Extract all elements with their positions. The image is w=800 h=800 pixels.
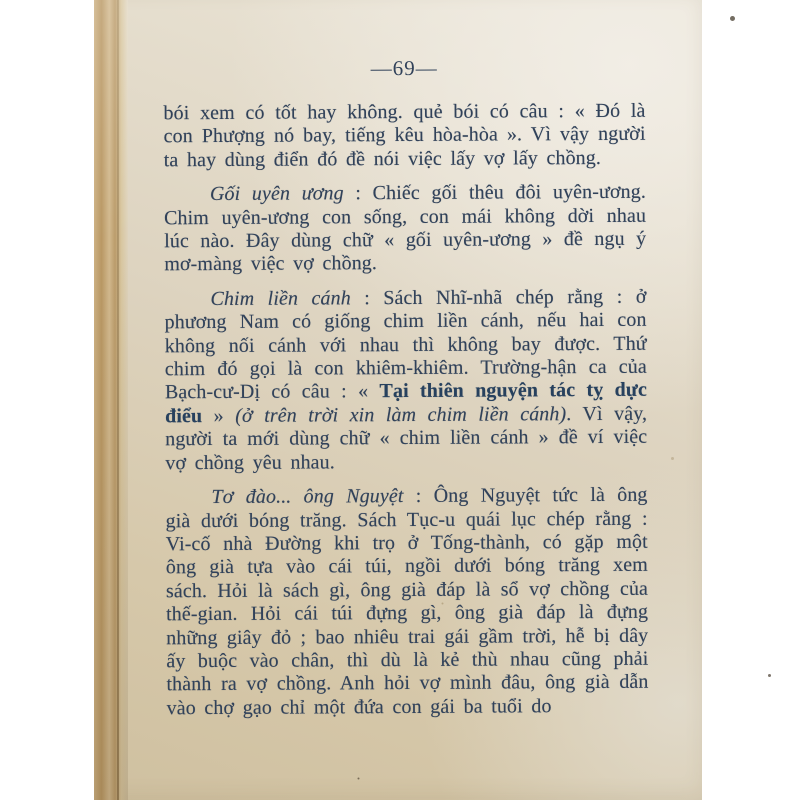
text-segment: » (202, 405, 235, 427)
text-segment: : Ông Nguyệt tức là ông già dưới bóng tr… (166, 484, 649, 719)
text-segment: Tơ đào... ông Nguyệt (211, 485, 403, 508)
paragraph: Gối uyên ương : Chiếc gối thêu đôi uyên-… (164, 181, 646, 277)
page-text: bói xem có tốt hay không. quẻ bói có câu… (163, 100, 648, 732)
text-segment: (ở trên trời xin làm chim liền cánh) (235, 403, 566, 427)
page-inner: —69— bói xem có tốt hay không. quẻ bói c… (163, 0, 649, 800)
paragraph: bói xem có tốt hay không. quẻ bói có câu… (163, 100, 645, 173)
text-segment: Gối uyên ương (210, 183, 344, 206)
paragraph: Tơ đào... ông Nguyệt : Ông Nguyệt tức là… (165, 484, 648, 721)
paragraph: Chim liền cánh : Sách Nhĩ-nhã chép rằng … (164, 286, 647, 476)
paper-specks (730, 16, 735, 21)
book-page: —69— bói xem có tốt hay không. quẻ bói c… (94, 0, 702, 800)
text-segment: bói xem có tốt hay không. quẻ bói có câu… (163, 100, 645, 171)
page-spine-edge (94, 0, 128, 800)
book-photo: —69— bói xem có tốt hay không. quẻ bói c… (0, 0, 800, 800)
page-number: —69— (163, 55, 645, 83)
text-segment: Chim liền cánh (210, 287, 350, 310)
